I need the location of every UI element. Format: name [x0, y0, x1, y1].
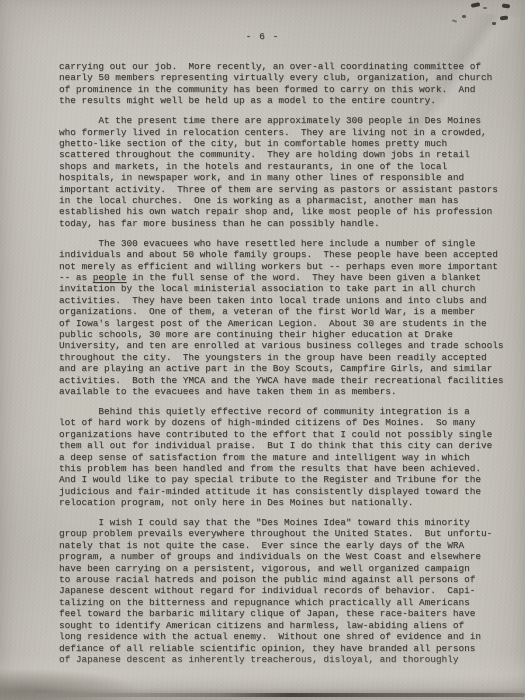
- page-bottom-edge: [35, 693, 525, 697]
- ink-speck: [483, 7, 487, 9]
- ink-speck: [502, 3, 510, 8]
- ink-speck: [452, 19, 457, 22]
- paragraph: The 300 evacuees who have resettled here…: [59, 238, 511, 398]
- document-body: carrying out our job. More recently, an …: [59, 61, 511, 674]
- paragraph: I wish I could say that the "Des Moines …: [59, 517, 511, 665]
- underlined-text: people: [93, 272, 127, 283]
- paragraph: Behind this quietly effective record of …: [59, 406, 511, 509]
- ink-speck: [471, 2, 481, 8]
- page-number: - 6 -: [0, 31, 525, 42]
- ink-speck: [492, 22, 496, 25]
- ink-speck: [462, 15, 466, 18]
- paragraph: At the present time there are approximat…: [59, 115, 511, 229]
- paragraph: carrying out our job. More recently, an …: [59, 61, 511, 107]
- scanned-page: - 6 - carrying out our job. More recentl…: [0, 0, 525, 700]
- ink-speck: [500, 16, 508, 21]
